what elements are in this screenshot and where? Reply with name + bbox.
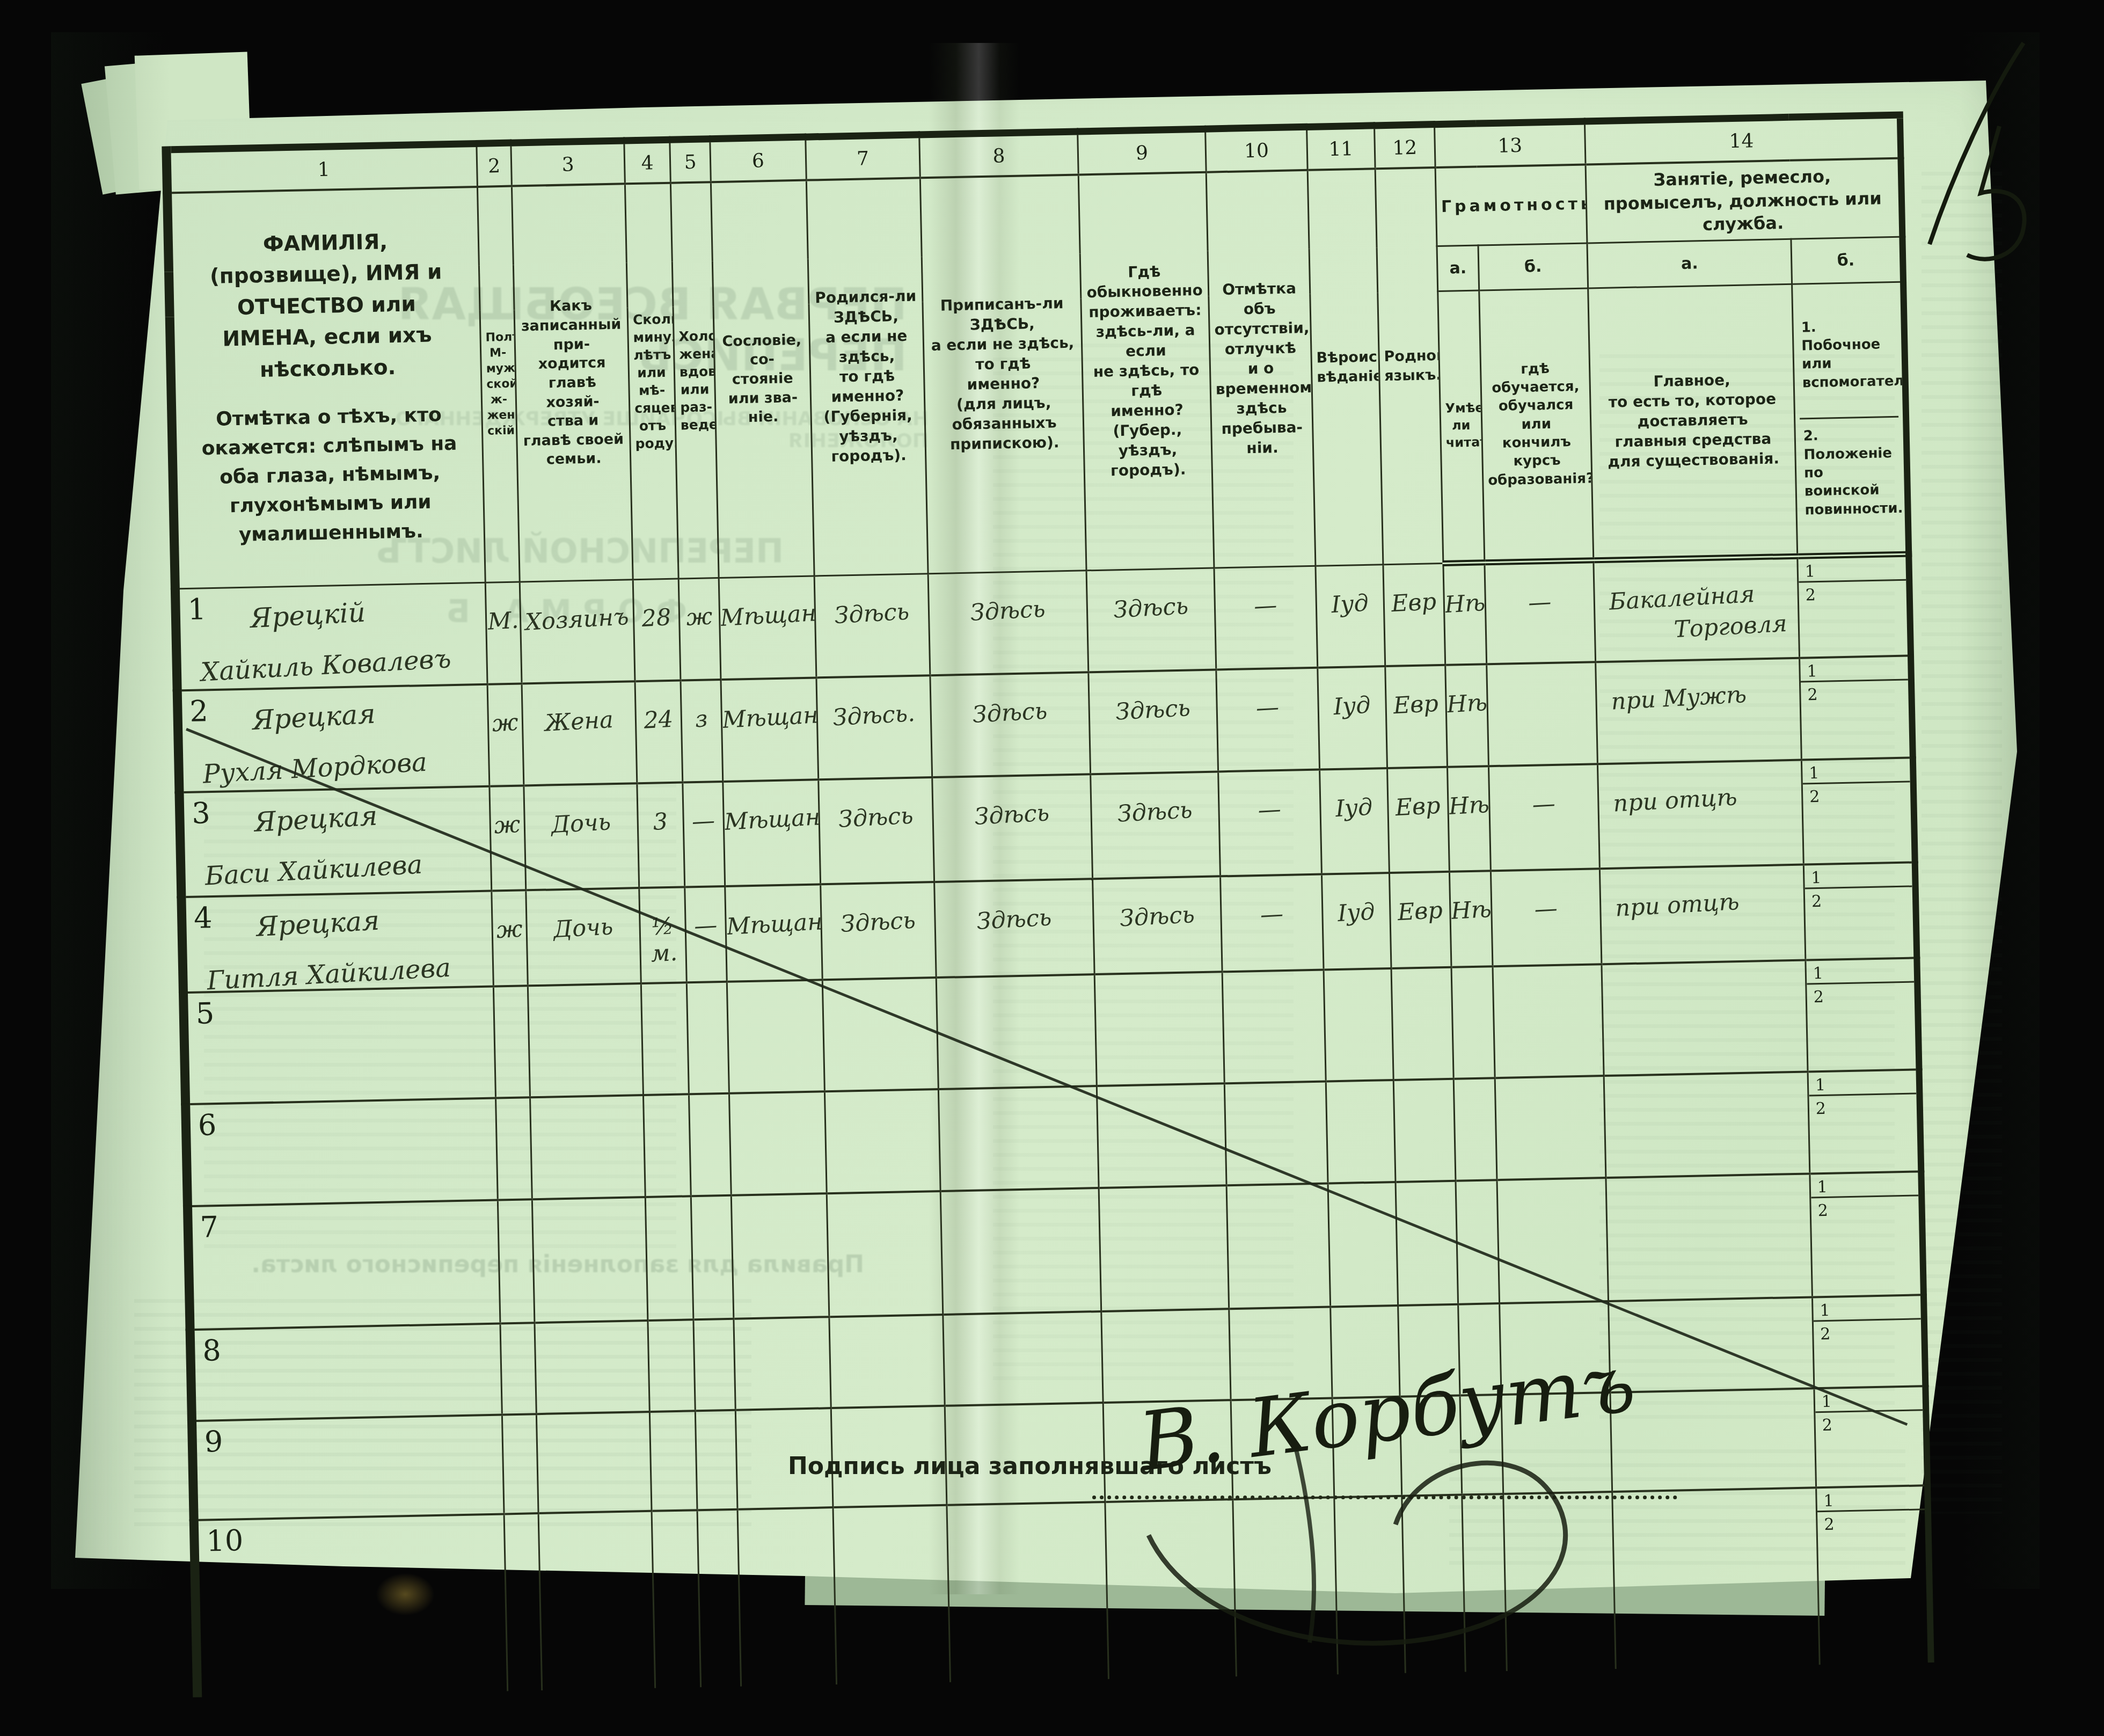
cell-absence: — [1215, 666, 1321, 774]
header-age: Сколько минуло лѣтъ или мѣ- сяцевъ отъ р… [625, 183, 678, 580]
cell-occupation [1606, 1173, 1813, 1301]
side-sub1: 1 [1800, 660, 1908, 681]
cell-relation [532, 1197, 648, 1323]
side-sub2-num: 2 [1813, 986, 1914, 1006]
side-sub2: 2 [1803, 781, 1910, 807]
cell-relation [528, 983, 643, 1097]
cell-marital: ж [677, 577, 722, 681]
cell-reads: Нѣт. [1448, 870, 1494, 968]
cell-birthplace [833, 1505, 951, 1684]
cell-sex [498, 1199, 535, 1323]
side-sub2: 2 [1817, 1508, 1925, 1534]
cell-sex: ж [490, 889, 530, 987]
header-literacy-reads: Умѣетъ- ли читать? [1438, 290, 1485, 563]
cell-religion: Іуд [1318, 767, 1391, 876]
col-num: 4 [624, 140, 671, 184]
occupation-line1: при отцѣ [1612, 781, 1802, 818]
side-sub2: 2 [1811, 1194, 1918, 1220]
side-sub2-num: 2 [1811, 891, 1912, 911]
header-registration: Приписанъ-ли ЗДѢСЬ, а если не здѣсь, то … [920, 174, 1086, 573]
cell-language: Евр [1385, 766, 1451, 874]
side-sub2: 2 [1809, 1092, 1916, 1118]
name-cell: 6 [186, 1098, 498, 1207]
cell-absence: — [1212, 564, 1319, 672]
occupation-line2: Торговля [1674, 609, 1799, 643]
name-cell: 4ЯрецкаяГитля Хайкилева [181, 891, 493, 993]
side-sub1-num: 1 [1809, 762, 1910, 783]
cell-side-occupation: 12 [1814, 1386, 1927, 1487]
cell-estate [727, 980, 824, 1093]
header-name-line1: ФАМИЛІЯ, (прозвище), ИМЯ и ОТЧЕСТВО или … [210, 230, 442, 382]
cell-residence: Здѣсь [1087, 667, 1220, 776]
col-num: 9 [1078, 129, 1207, 174]
row-number: 2 [189, 694, 209, 728]
side-sub2-num: 2 [1824, 1513, 1925, 1534]
cell-birthplace: Здѣсь [819, 880, 938, 982]
cell-sex [504, 1513, 542, 1691]
cell-relation: Дочь [522, 782, 641, 892]
cell-relation [535, 1321, 649, 1414]
cell-birthplace: Здѣсь. [815, 674, 934, 782]
cell-reads: Нѣт. [1445, 765, 1493, 872]
cell-sex [493, 986, 530, 1098]
surname-handwritten: Ярецкій [250, 590, 486, 634]
side-sub1-num: 1 [1807, 660, 1908, 681]
side-sub2: 2 [1801, 679, 1908, 705]
header-occupation-a-label: а. [1587, 239, 1792, 288]
cell-registration [940, 1188, 1101, 1315]
side-sub2: 2 [1807, 981, 1914, 1007]
cell-marital [693, 1319, 735, 1411]
cell-registration: Здѣсь [926, 567, 1090, 678]
cell-sex [502, 1414, 538, 1514]
handwritten-page-number [1889, 32, 2066, 263]
col-num: 14 [1584, 115, 1900, 164]
side-sub1-num: 1 [1811, 867, 1912, 888]
cell-age: 24 [633, 680, 684, 784]
header-occupation-title: Занятіе, ремесло, промыселъ, должность и… [1586, 158, 1902, 244]
header-literacy-a-label: а. [1437, 246, 1479, 291]
cell-side-occupation: 12 [1816, 1485, 1931, 1665]
cell-absence [1222, 970, 1326, 1084]
cell-occupation: БакалейнаяТорговля [1594, 556, 1800, 662]
cell-birthplace: Здѣсь [816, 776, 936, 886]
cell-language [1393, 1079, 1456, 1182]
side-sub2-num: 2 [1822, 1414, 1923, 1435]
row-number: 5 [195, 996, 215, 1031]
name-cell: 7 [187, 1200, 500, 1330]
cell-estate [731, 1193, 829, 1319]
cell-relation [530, 1095, 646, 1199]
side-sub2-num: 2 [1816, 1097, 1917, 1118]
cell-estate: Мѣщан. [721, 778, 822, 887]
col-num: 6 [710, 137, 807, 182]
cell-side-occupation: 12 [1808, 1069, 1921, 1173]
cell-side-occupation: 12 [1812, 1295, 1925, 1388]
cell-registration [936, 974, 1097, 1089]
cell-reads [1451, 966, 1495, 1079]
occupation-line1: при отцѣ [1614, 885, 1804, 922]
cell-marital [691, 1195, 734, 1319]
given-name-handwritten: Рухля Мордкова [202, 743, 488, 789]
cell-education: — [1489, 867, 1603, 968]
col-num: 12 [1374, 125, 1435, 169]
col-num: 7 [806, 135, 920, 180]
person-row-10: 10 12 [194, 1485, 1931, 1697]
header-occupation-side-item2: 2. Положеніе по воинской повинности. [1800, 416, 1901, 527]
name-cell: 3ЯрецкаяБаси Хайкилева [179, 786, 492, 898]
cell-estate [737, 1507, 837, 1687]
cell-age [649, 1411, 697, 1511]
given-name-handwritten: Гитля Хайкилева [206, 950, 493, 993]
cell-language: Евр [1387, 871, 1453, 969]
cell-residence [1094, 972, 1224, 1086]
cell-education: — [1483, 558, 1597, 666]
cell-relation: Дочь [524, 886, 642, 988]
col-num: 3 [511, 141, 625, 186]
side-sub1: 1 [1809, 1074, 1916, 1095]
cell-residence: Здѣсь [1088, 769, 1222, 881]
name-cell: 10 [194, 1514, 508, 1697]
side-sub1: 1 [1807, 962, 1914, 983]
cell-age [643, 1094, 691, 1197]
cell-sex [496, 1097, 532, 1200]
name-cell: 8 [190, 1323, 502, 1421]
cell-side-occupation: 12 [1801, 757, 1915, 864]
cell-occupation [1604, 1072, 1810, 1178]
col-num: 1 [166, 143, 477, 193]
col-num: 2 [477, 143, 512, 187]
cell-marital [686, 982, 729, 1094]
occupation-line1: при Мужѣ [1610, 679, 1800, 716]
name-cell: 1ЯрецкійХайкиль Ковалевъ [175, 582, 487, 691]
name-cell: 5 [183, 987, 495, 1105]
row-number: 10 [206, 1523, 244, 1558]
cell-relation: Жена [520, 680, 639, 787]
side-sub1: 1 [1813, 1299, 1920, 1320]
surname-handwritten: Ярецкая [251, 692, 488, 736]
side-sub2-num: 2 [1807, 684, 1908, 705]
cell-marital [697, 1509, 741, 1687]
side-sub1: 1 [1802, 762, 1910, 783]
header-birthplace: Родился-ли ЗДѢСЬ, а если не здѣсь, то гд… [806, 178, 928, 575]
header-estate: Сословіе, со- стояніе или зва- ніе. [711, 180, 814, 578]
header-language: Родной языкъ. [1375, 167, 1443, 564]
cell-age [641, 982, 689, 1095]
cell-sex: ж [488, 785, 528, 891]
cell-education [1495, 1076, 1606, 1180]
side-sub1: 1 [1805, 867, 1912, 888]
cell-residence [1097, 1083, 1226, 1188]
given-name-handwritten: Баси Хайкилева [204, 845, 491, 891]
cell-sex [500, 1323, 536, 1414]
cell-sex: ж [486, 683, 525, 786]
header-literacy-b-label: б. [1478, 243, 1588, 290]
header-absence: Отмѣтка объ отсутствіи, отлучкѣ и о врем… [1206, 170, 1316, 568]
cell-residence: Здѣсь [1091, 874, 1224, 976]
side-sub2-num: 2 [1820, 1323, 1921, 1344]
cell-side-occupation: 12 [1810, 1171, 1924, 1297]
cell-marital: — [681, 781, 727, 888]
side-sub1-num: 1 [1823, 1490, 1924, 1511]
row-number: 1 [187, 592, 207, 626]
cell-estate: Мѣщан. [719, 676, 820, 783]
cell-language [1391, 967, 1453, 1080]
cell-age [652, 1510, 701, 1688]
header-occupation-b-label: б. [1791, 237, 1903, 285]
cell-registration: Здѣсь [930, 771, 1094, 885]
row-number: 4 [194, 901, 213, 935]
surname-handwritten: Ярецкая [255, 899, 492, 943]
row-number: 8 [202, 1333, 222, 1368]
cell-estate: Мѣщан. [717, 574, 818, 681]
cell-birthplace: Здѣсь [813, 572, 932, 680]
row-number: 9 [204, 1425, 223, 1459]
cell-marital [695, 1410, 737, 1510]
cell-birthplace [824, 1089, 940, 1193]
header-literacy-title: Грамотность. [1435, 164, 1587, 246]
cell-relation [536, 1412, 652, 1513]
side-sub2-num: 2 [1817, 1199, 1918, 1220]
name-cell: 2ЯрецкаяРухля Мордкова [177, 684, 490, 793]
side-sub2: 2 [1815, 1409, 1923, 1435]
cell-education [1485, 660, 1599, 768]
cell-marital: з [679, 679, 725, 783]
header-relation: Какъ записанный при- ходится главѣ хозяй… [512, 184, 633, 581]
header-occupation-side: 1. Побочное или вспомогательное. 2. Поло… [1792, 282, 1909, 556]
cell-age [645, 1196, 693, 1321]
cell-residence: Здѣсь [1085, 565, 1218, 674]
cell-residence [1099, 1185, 1229, 1311]
header-name-line2: Отмѣтка о тѣхъ, кто окажется: слѣпымъ на… [190, 400, 470, 550]
cell-reads: Нѣт. [1443, 663, 1490, 768]
col-num: 13 [1434, 121, 1586, 167]
cell-age [648, 1319, 695, 1412]
cell-estate [729, 1091, 827, 1195]
side-sub1-num: 1 [1820, 1299, 1920, 1320]
cell-relation: Хозяинъ [518, 578, 637, 685]
side-sub1-num: 1 [1813, 962, 1914, 983]
side-sub1: 1 [1798, 560, 1905, 581]
cell-occupation: при отцѣ [1597, 760, 1803, 869]
col-num: 8 [919, 132, 1079, 178]
cell-registration: Здѣсь [929, 669, 1092, 780]
header-literacy-education: гдѣ обучается, обучался или кончилъ курс… [1479, 288, 1594, 562]
cell-registration [938, 1086, 1099, 1191]
row-number: 6 [198, 1108, 217, 1142]
cell-religion [1328, 1182, 1398, 1307]
cell-birthplace [827, 1191, 943, 1317]
cell-estate [734, 1317, 831, 1410]
row-number: 7 [200, 1210, 219, 1244]
col-num: 10 [1206, 127, 1308, 172]
cell-age: ½ м. [638, 886, 689, 984]
cell-language: Евр [1382, 562, 1447, 667]
cell-birthplace [829, 1315, 945, 1408]
cell-relation [538, 1511, 655, 1690]
given-name-handwritten: Хайкиль Ковалевъ [200, 641, 487, 687]
header-residence: Гдѣ обыкновенно проживаетъ: здѣсь-ли, а … [1078, 172, 1214, 571]
cell-reads [1453, 1078, 1497, 1181]
occupation-line1: Бакалейная [1609, 578, 1798, 615]
header-religion: Вѣроиспо- вѣданіе. [1307, 169, 1383, 565]
header-occupation-side-item1: 1. Побочное или вспомогательное. [1798, 309, 1898, 400]
side-sub2-num: 2 [1809, 786, 1910, 807]
header-name: ФАМИЛІЯ, (прозвище), ИМЯ и ОТЧЕСТВО или … [167, 187, 486, 588]
cell-occupation [1602, 960, 1808, 1076]
side-sub1: 1 [1811, 1176, 1918, 1197]
col-num: 5 [670, 139, 711, 183]
scanned-census-sheet: ПЕРВАЯ ВСЕОБЩАЯ ПЕРЕПИСЬ НА ОСНОВАНІИ ВЫ… [0, 0, 2104, 1736]
header-occupation-main: Главное, то есть то, которое доставляетъ… [1588, 285, 1798, 560]
cell-occupation: при отцѣ [1599, 865, 1805, 965]
cell-side-occupation: 12 [1798, 554, 1911, 658]
side-sub2: 2 [1814, 1318, 1921, 1344]
cell-side-occupation: 12 [1800, 656, 1913, 760]
side-sub1-num: 1 [1815, 1074, 1916, 1095]
cell-education: — [1487, 762, 1601, 873]
surname-handwritten: Ярецкая [253, 794, 490, 838]
side-sub1-num: 1 [1822, 1390, 1923, 1411]
cell-side-occupation: 12 [1806, 958, 1919, 1071]
cell-sex: М. [484, 581, 523, 684]
cell-estate: Мѣщан. [724, 882, 824, 983]
cell-registration [943, 1311, 1103, 1406]
side-sub2: 2 [1805, 886, 1912, 911]
cell-absence [1226, 1183, 1331, 1309]
side-sub2: 2 [1799, 579, 1906, 604]
cell-side-occupation: 12 [1803, 862, 1917, 960]
side-sub1-num: 1 [1817, 1176, 1918, 1197]
cell-religion: Іуд [1314, 563, 1387, 669]
cell-religion [1326, 1080, 1396, 1183]
cell-language: Евр [1383, 664, 1449, 769]
side-sub1-num: 1 [1805, 560, 1905, 581]
cell-education [1497, 1178, 1609, 1303]
cell-reads [1456, 1180, 1500, 1304]
cell-absence: — [1216, 768, 1323, 878]
cell-marital: — [683, 886, 729, 983]
cell-education [1493, 964, 1604, 1078]
side-sub1: 1 [1817, 1490, 1924, 1511]
name-cell: 9 [192, 1414, 504, 1520]
cell-language [1396, 1181, 1458, 1305]
cell-age: 28 [631, 578, 682, 682]
cell-religion: Іуд [1316, 665, 1389, 771]
cell-religion [1324, 968, 1393, 1081]
side-sub2-num: 2 [1805, 583, 1906, 604]
cell-age: 3 [635, 782, 686, 888]
cell-absence: — [1219, 872, 1325, 973]
col-num: 11 [1307, 126, 1376, 170]
cell-religion: Іуд [1320, 872, 1393, 971]
cell-reads: Нѣт. [1442, 561, 1488, 666]
row-number: 3 [192, 796, 211, 830]
cell-registration [947, 1502, 1109, 1682]
cell-marital [689, 1093, 731, 1196]
cell-occupation: при Мужѣ [1596, 658, 1802, 764]
cell-registration: Здѣсь [933, 876, 1096, 980]
